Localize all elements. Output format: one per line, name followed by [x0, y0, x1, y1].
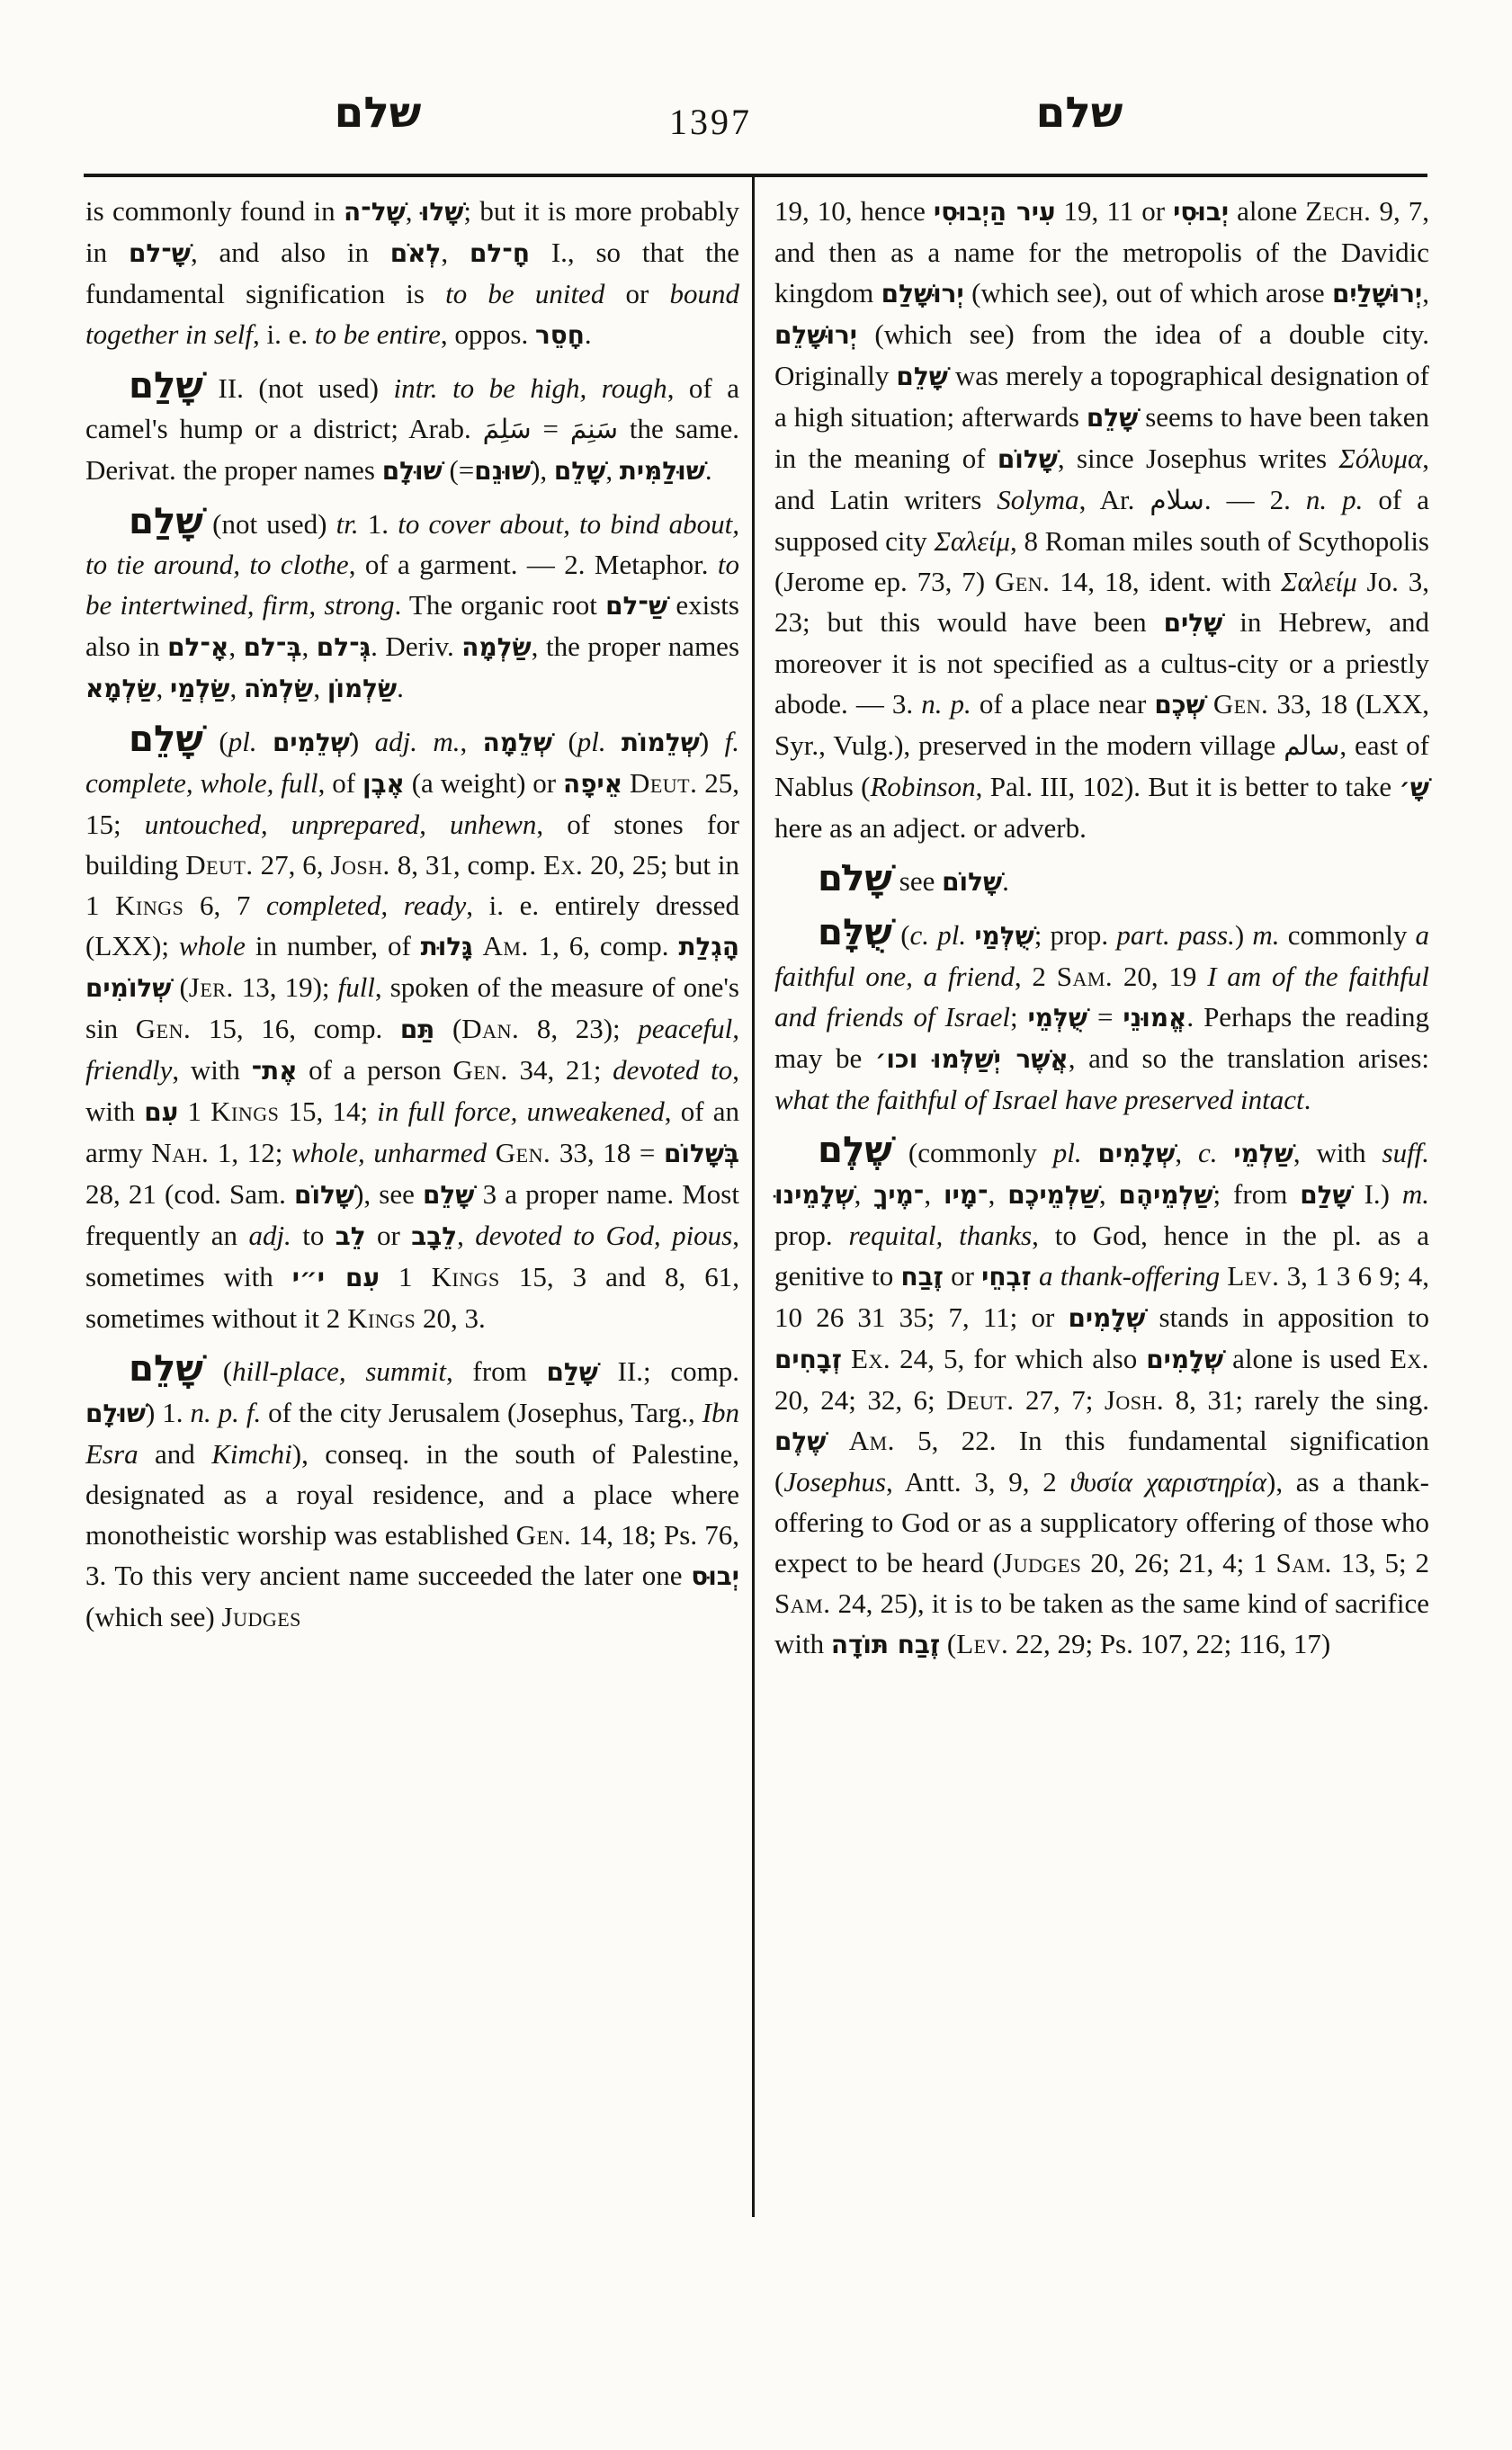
text-run: II. (not used) [203, 372, 393, 404]
hebrew-text: עִיר הַיְבוּסִי [934, 197, 1056, 227]
continuation-paragraph: 19, 10, hence עִיר הַיְבוּסִי 19, 11 or … [774, 191, 1429, 848]
italic-text: m. [1402, 1178, 1429, 1210]
scripture-reference: Gen. [452, 1054, 507, 1086]
hebrew-text: שַׂלְמָה [461, 632, 531, 662]
text-run: or [604, 278, 669, 309]
text-run: 14, 18, ident. with [1050, 566, 1281, 597]
continuation-paragraph: is commonly found in שָׁל־ה, שָׁלוּ; but… [85, 191, 739, 355]
text-run: 1 [380, 1261, 432, 1292]
arabic-text: سلام [1150, 485, 1203, 515]
text-run: of a place near [971, 688, 1155, 720]
text-run: 28, 21 (cod. Sam. [85, 1178, 294, 1210]
scripture-reference: Kings [210, 1095, 279, 1127]
text-run: . [1002, 865, 1009, 897]
hebrew-text: שְׁלָמִים [1069, 1303, 1146, 1333]
text-run: ) [700, 726, 725, 757]
text-run: ( [203, 726, 228, 757]
hebrew-text: שָׁ׳ [1399, 773, 1429, 802]
text-run: , [406, 195, 421, 227]
italic-text: untouched, unprepared, unhewn [145, 809, 537, 840]
scripture-reference: Gen. [1213, 688, 1268, 720]
italic-text: a thank-offering [1039, 1260, 1220, 1292]
text-run: 20, 26; 21, 4; 1 [1081, 1547, 1275, 1578]
italic-text: complete, whole, full [85, 767, 318, 799]
hebrew-text: שָׁלֵם [1087, 403, 1138, 433]
text-run: ( [892, 919, 910, 951]
hebrew-text: יְרוּשָׁלַיִם [1332, 279, 1422, 308]
hebrew-text: שַׁלְמֵי [1233, 1139, 1293, 1168]
arabic-text: سَلِمَ [483, 414, 532, 444]
italic-text: c. pl. [910, 919, 967, 951]
scripture-reference: Kings [115, 890, 183, 921]
italic-text: devoted to God, pious [475, 1220, 732, 1251]
scripture-reference: Zech. [1305, 195, 1371, 227]
italic-text: Josephus [783, 1466, 886, 1498]
hebrew-headword: שָׁלֵם [129, 718, 203, 760]
hebrew-text: שׁוּלָם [382, 456, 443, 486]
hebrew-text: שָׁלַם [1300, 1180, 1351, 1210]
text-run: , of [318, 767, 362, 799]
text-run: ) 1. [146, 1397, 190, 1428]
italic-text: adj. m. [375, 726, 461, 757]
italic-text: c. [1198, 1137, 1218, 1168]
text-run: , 2 [1015, 961, 1057, 992]
hebrew-text: גְּ־לם [317, 632, 371, 662]
text-run: prop. [774, 1220, 848, 1251]
text-run: , of a garment. — 2. Metaphor. [349, 549, 718, 580]
text-run: , with [172, 1054, 251, 1086]
text-run: (not used) [203, 508, 336, 540]
hebrew-text: אֵיפָה [563, 769, 622, 799]
text-run [438, 372, 453, 404]
scripture-reference: Gen. [496, 1137, 550, 1168]
hebrew-text: שְׁלֵמוֹת [622, 728, 700, 757]
text-run: , [441, 237, 470, 268]
scripture-reference: Ex. [851, 1343, 890, 1374]
text-run: , oppos. [441, 318, 535, 350]
italic-text: what the faithful of Israel have preserv… [774, 1084, 1304, 1115]
dictionary-entry: שָׁלֵם (pl. שְׁלֵמִים) adj. m., שְׁלֵמָה… [85, 721, 739, 1338]
scripture-reference: Josh. [330, 849, 389, 881]
hebrew-text: יְבוּס [691, 1561, 739, 1591]
scripture-reference: Sam. [774, 1587, 830, 1619]
text-run: , [313, 672, 327, 703]
text-run: , [1099, 1178, 1119, 1210]
hebrew-text: שָׁ־לם [129, 238, 191, 268]
scripture-reference: Judges [1002, 1547, 1081, 1578]
hebrew-text: יְרוּשָׁלֵם [774, 320, 857, 350]
scripture-reference: Kings [347, 1302, 416, 1334]
hebrew-text: לְאֹם [390, 238, 442, 268]
italic-text: Kimchi [211, 1438, 292, 1470]
text-run: (= [443, 454, 475, 486]
hebrew-text: לֵב [336, 1221, 366, 1251]
header-keyword-left: שלם [306, 86, 450, 140]
text-run: 24, 5, for which also [890, 1343, 1146, 1374]
text-run: in number, of [246, 930, 421, 961]
italic-text: m. [1252, 919, 1279, 951]
text-run: 20, 24; 32, 6; [774, 1384, 946, 1416]
greek-text: ϑυσία χαριστηρία [1069, 1466, 1266, 1498]
text-run: II.; comp. [598, 1355, 739, 1387]
text-run: is commonly found in [85, 195, 344, 227]
italic-text: suff. [1382, 1137, 1430, 1168]
text-run: or [944, 1260, 981, 1292]
hebrew-text: עִם [144, 1097, 178, 1127]
text-run: , [228, 630, 243, 662]
italic-text: to be entire [315, 318, 441, 350]
dictionary-entry: שָׁלַם (not used) tr. 1. to cover about,… [85, 504, 739, 709]
header-rule [84, 174, 1427, 177]
italic-text: hill-place, summit [232, 1355, 446, 1387]
text-run: . — 2. [1204, 484, 1306, 515]
text-run: ( [434, 1013, 461, 1044]
text-run: , Ar. [1079, 484, 1150, 515]
text-run: , [924, 1178, 944, 1210]
hebrew-text: ־מָיו [944, 1180, 989, 1210]
text-run: alone [1229, 195, 1305, 227]
hebrew-text: שׁוּלַמִּית [620, 456, 705, 486]
text-run: . [705, 454, 712, 486]
text-run: 13, 19); [234, 971, 338, 1003]
text-run: (commonly [892, 1137, 1053, 1168]
text-run: , and also in [191, 237, 390, 268]
text-run [606, 726, 622, 757]
text-run: ( [203, 1355, 232, 1387]
italic-text: full [338, 971, 375, 1003]
text-run: here as an adject. or adverb. [774, 812, 1087, 844]
text-run [1082, 1137, 1098, 1168]
text-run [1218, 1137, 1234, 1168]
dictionary-entry: שָׁלֵם (hill-place, summit, from שָׁלַם … [85, 1351, 739, 1637]
hebrew-text: אֶת־ [252, 1056, 298, 1086]
hebrew-text: שַׁלְמֵיהֶם [1119, 1180, 1213, 1210]
hebrew-text: שֻׁלְּמַי [974, 921, 1033, 951]
hebrew-text: שְׁלָמִים [1098, 1139, 1176, 1168]
italic-text: pl. [577, 726, 606, 757]
text-run: = [532, 413, 570, 444]
hebrew-text: חָסֵר [535, 320, 585, 350]
hebrew-text: עִם י״י [292, 1263, 380, 1292]
italic-text: whole [179, 930, 246, 961]
text-run: , from [446, 1355, 547, 1387]
text-run: ( [552, 726, 577, 757]
scripture-reference: Judges [222, 1601, 301, 1632]
dictionary-entry: שָׁלַם II. (not used) intr. to be high, … [85, 368, 739, 491]
scripture-reference: Gen. [995, 566, 1050, 597]
text-run: , [854, 1178, 874, 1210]
text-run: 8, 31; rarely the sing. [1164, 1384, 1429, 1416]
text-run [257, 726, 273, 757]
text-run: 19, 11 or [1056, 195, 1174, 227]
hebrew-text: שׁוּלָם [85, 1399, 146, 1428]
hebrew-text: חָ־לם [470, 238, 530, 268]
dictionary-entry: שֶׁלֶם (commonly pl. שְׁלָמִים, c. שַׁלְ… [774, 1132, 1429, 1665]
italic-text: Solyma [997, 484, 1078, 515]
hebrew-text: שָׁל־ה [344, 197, 406, 227]
text-run: . [585, 318, 592, 350]
hebrew-text: שָׁלֵם [896, 362, 947, 391]
text-run: I.) [1352, 1178, 1402, 1210]
text-run [1032, 1260, 1039, 1292]
italic-text: n. p. f. [190, 1397, 261, 1428]
header-keyword-right: שלם [1007, 86, 1151, 140]
scripture-reference: Kings [432, 1261, 500, 1292]
text-run: = [1087, 1001, 1123, 1033]
text-run: 1, 6, comp. [529, 930, 679, 961]
italic-text: n. p. [1306, 484, 1364, 515]
text-run: 8, 31, comp. [390, 849, 543, 881]
text-run: , [302, 630, 317, 662]
text-run: 22, 29; Ps. 107, 22; 116, 17) [1008, 1628, 1330, 1659]
scripture-reference: Am. [483, 930, 529, 961]
italic-text: pl. [1053, 1137, 1082, 1168]
hebrew-text: תַּם [400, 1015, 434, 1044]
text-run: , [157, 672, 171, 703]
hebrew-text: שְׁכֶם [1154, 690, 1204, 720]
column-right: 19, 10, hence עִיר הַיְבוּסִי 19, 11 or … [774, 191, 1429, 1665]
hebrew-text: יְבוּסִי [1173, 197, 1229, 227]
hebrew-text: שְׁלָמֵינוּ [774, 1180, 854, 1210]
scripture-reference: Am. [849, 1425, 895, 1456]
italic-text: pl. [228, 726, 257, 757]
text-run: 15, 16, comp. [191, 1013, 400, 1044]
italic-text: tr. [336, 508, 359, 540]
hebrew-headword: שֶׁלֶם [818, 1129, 892, 1171]
scripture-reference: Lev. [1227, 1260, 1279, 1292]
hebrew-text: זִבְחֵי [981, 1262, 1032, 1292]
text-run: ; from [1213, 1178, 1301, 1210]
italic-text: whole, unharmed [291, 1137, 487, 1168]
column-left: is commonly found in שָׁל־ה, שָׁלוּ; but… [85, 191, 739, 1637]
text-run: 6, 7 [183, 890, 266, 921]
hebrew-text: זֶבַח תּוֹדָה [831, 1630, 940, 1659]
text-run: or [366, 1220, 412, 1251]
italic-text: f. [725, 726, 739, 757]
text-run [622, 767, 630, 799]
text-run: . [397, 672, 404, 703]
hebrew-text: גָּלוּת [421, 932, 473, 961]
scripture-reference: Ex. [1390, 1343, 1429, 1374]
scripture-reference: Jer. [189, 971, 234, 1003]
scripture-reference: Dan. [461, 1013, 519, 1044]
scripture-reference: Deut. [946, 1384, 1014, 1416]
hebrew-text: שָׁלוּ [421, 197, 464, 227]
text-run: (which see), out of which arose [964, 277, 1332, 308]
text-run: (a weight) or [405, 767, 563, 799]
text-run: commonly [1280, 919, 1416, 951]
hebrew-text: שֻׁלְּמֵי [1028, 1003, 1087, 1033]
hebrew-text: שָׁלֵם [423, 1180, 474, 1210]
hebrew-text: שֶׁלֶם [774, 1426, 826, 1456]
hebrew-headword: שֻׁלָּם [818, 911, 892, 953]
italic-text: requital, thanks [848, 1220, 1032, 1251]
hebrew-text: שַׁלְמֵיכֶם [1007, 1180, 1099, 1210]
arabic-text: سَنِمَ [570, 414, 618, 444]
hebrew-text: שַׂלְמֹה [244, 674, 313, 703]
hebrew-text: שָׁלִים [1164, 608, 1223, 638]
text-run: 1 [178, 1095, 210, 1127]
text-run: . [1304, 1084, 1311, 1115]
hebrew-text: אֱמוּנֵי [1123, 1003, 1186, 1033]
scripture-reference: Josh. [1105, 1384, 1164, 1416]
text-run: ) [1235, 919, 1253, 951]
text-run: to [291, 1220, 336, 1251]
hebrew-text: שָׁלַם [546, 1357, 597, 1387]
text-run: , [1175, 1137, 1198, 1168]
hebrew-text: בְּשָׁלוֹם [664, 1139, 739, 1168]
text-run [842, 1343, 851, 1374]
italic-text: to be united [445, 278, 604, 309]
hebrew-headword: שָׁלֹם [818, 857, 892, 899]
text-run: ; [1010, 1001, 1028, 1033]
text-run: , [1422, 277, 1429, 308]
dictionary-page: שלם 1397 שלם is commonly found in שָׁל־ה… [0, 0, 1512, 2450]
text-run: 27, 7; [1015, 1384, 1105, 1416]
hebrew-text: אֶבֶן [362, 769, 405, 799]
text-run: 13, 5; 2 [1332, 1547, 1429, 1578]
italic-text: part. pass. [1116, 919, 1235, 951]
text-run: 27, 6, [254, 849, 331, 881]
text-run: stands in apposition to [1145, 1301, 1429, 1333]
column-divider-rule [752, 174, 755, 2217]
italic-text: Robinson [871, 771, 976, 802]
dictionary-entry: שֻׁלָּם (c. pl. שֻׁלְּמַי; prop. part. p… [774, 915, 1429, 1120]
hebrew-text: שַׂלְמַי [170, 674, 229, 703]
hebrew-text: אֲשֶׁר יְשַׁלְּמוּ וכו׳ [875, 1044, 1069, 1074]
text-run: 19, 10, hence [774, 195, 934, 227]
scripture-reference: Ex. [543, 849, 583, 881]
italic-text: n. p. [921, 688, 971, 720]
hebrew-text: זֶבַח [900, 1262, 943, 1292]
text-run: , Pal. III, 102). But it is better to ta… [976, 771, 1400, 802]
text-run: ( [171, 971, 188, 1003]
greek-text: Σόλυμα [1338, 443, 1422, 474]
dictionary-entry: שָׁלֹם see שָׁלוֹם. [774, 861, 1429, 902]
text-run: . The organic root [394, 589, 605, 621]
text-run [966, 919, 974, 951]
italic-text: devoted to [613, 1054, 732, 1086]
scripture-reference: Lev. [956, 1628, 1008, 1659]
text-run: 20, 3. [416, 1302, 486, 1334]
text-run [473, 930, 483, 961]
text-run: ; prop. [1034, 919, 1117, 951]
text-run: , [605, 454, 620, 486]
scripture-reference: Gen. [136, 1013, 191, 1044]
text-run: 1, 12; [209, 1137, 291, 1168]
text-run: , [229, 672, 244, 703]
text-run: , [461, 726, 483, 757]
text-run: , Antt. 3, 9, 2 [886, 1466, 1069, 1498]
text-run: 15, 14; [279, 1095, 377, 1127]
scripture-reference: Nah. [151, 1137, 209, 1168]
hebrew-text: שָׁלֵם [554, 456, 605, 486]
italic-text: adj. [248, 1220, 291, 1251]
text-run: , and so the translation arises: [1069, 1042, 1429, 1074]
text-run [826, 1425, 848, 1456]
text-run: , the proper names [532, 630, 739, 662]
text-run: ), see [354, 1178, 423, 1210]
hebrew-text: שׁוּנֵם [474, 456, 531, 486]
hebrew-text: שְׁלָמִים [1146, 1345, 1223, 1374]
hebrew-text: שַׁ־לם [605, 591, 667, 621]
text-run: (which see) [85, 1601, 222, 1632]
hebrew-text: שְׁלֵמִים [273, 728, 350, 757]
hebrew-text: שָׁלוֹם [998, 444, 1058, 474]
text-run: 1. [359, 508, 398, 540]
hebrew-text: לֵבָב [411, 1221, 457, 1251]
text-run [1205, 688, 1213, 720]
text-run: ), [531, 454, 554, 486]
greek-text: Σαλείμ [934, 525, 1010, 557]
italic-text: in full force, unweakened [377, 1095, 665, 1127]
arabic-text: سالم [1284, 730, 1339, 761]
text-run: , [457, 1220, 475, 1251]
text-run: . Deriv. [371, 630, 461, 662]
scripture-reference: Deut. [185, 849, 253, 881]
greek-text: Σαλείμ [1281, 566, 1357, 597]
text-run: and [139, 1438, 212, 1470]
hebrew-text: זְבָחִים [774, 1345, 842, 1374]
scripture-reference: Sam. [1057, 961, 1113, 992]
text-run: see [892, 865, 942, 897]
hebrew-text: אָ־לם [167, 632, 228, 662]
text-run: 33, 18 = [550, 1137, 664, 1168]
hebrew-text: שַׂלְמָא [85, 674, 157, 703]
hebrew-text: יְרוּשָׁלַם [881, 279, 964, 308]
italic-text: completed, ready [266, 890, 466, 921]
hebrew-headword: שָׁלַם [129, 500, 203, 542]
italic-text: to be high, rough [452, 372, 667, 404]
text-run: 8, 23); [519, 1013, 638, 1044]
italic-text: intr. [393, 372, 437, 404]
scripture-reference: Sam. [1275, 1547, 1331, 1578]
scripture-reference: Deut. [630, 767, 697, 799]
page-number: 1397 [630, 101, 792, 144]
text-run: , [989, 1178, 1008, 1210]
hebrew-text: שָׁלוֹם [294, 1180, 354, 1210]
hebrew-text: בְּ־לם [244, 632, 302, 662]
text-run: ) [350, 726, 375, 757]
hebrew-headword: שָׁלֵם [129, 1347, 203, 1390]
text-run: of a person [298, 1054, 453, 1086]
hebrew-text: ־מֶיךָ [873, 1180, 924, 1210]
text-run: , with [1293, 1137, 1382, 1168]
text-run: 34, 21; [508, 1054, 613, 1086]
scripture-reference: Gen. [516, 1519, 571, 1551]
hebrew-headword: שָׁלַם [129, 364, 203, 407]
text-run [487, 1137, 496, 1168]
text-run: 20, 19 [1113, 961, 1207, 992]
text-run: alone is used [1223, 1343, 1390, 1374]
hebrew-text: שְׁלֵמָה [483, 728, 552, 757]
hebrew-text: שָׁלוֹם [942, 867, 1002, 897]
hebrew-text: שַׂלְמוֹן [327, 674, 397, 703]
text-run: ( [940, 1628, 956, 1659]
text-run: , since Josephus writes [1058, 443, 1338, 474]
text-run: of the city Jerusalem (Josephus, Targ., [261, 1397, 702, 1428]
text-run: , i. e. [253, 318, 315, 350]
